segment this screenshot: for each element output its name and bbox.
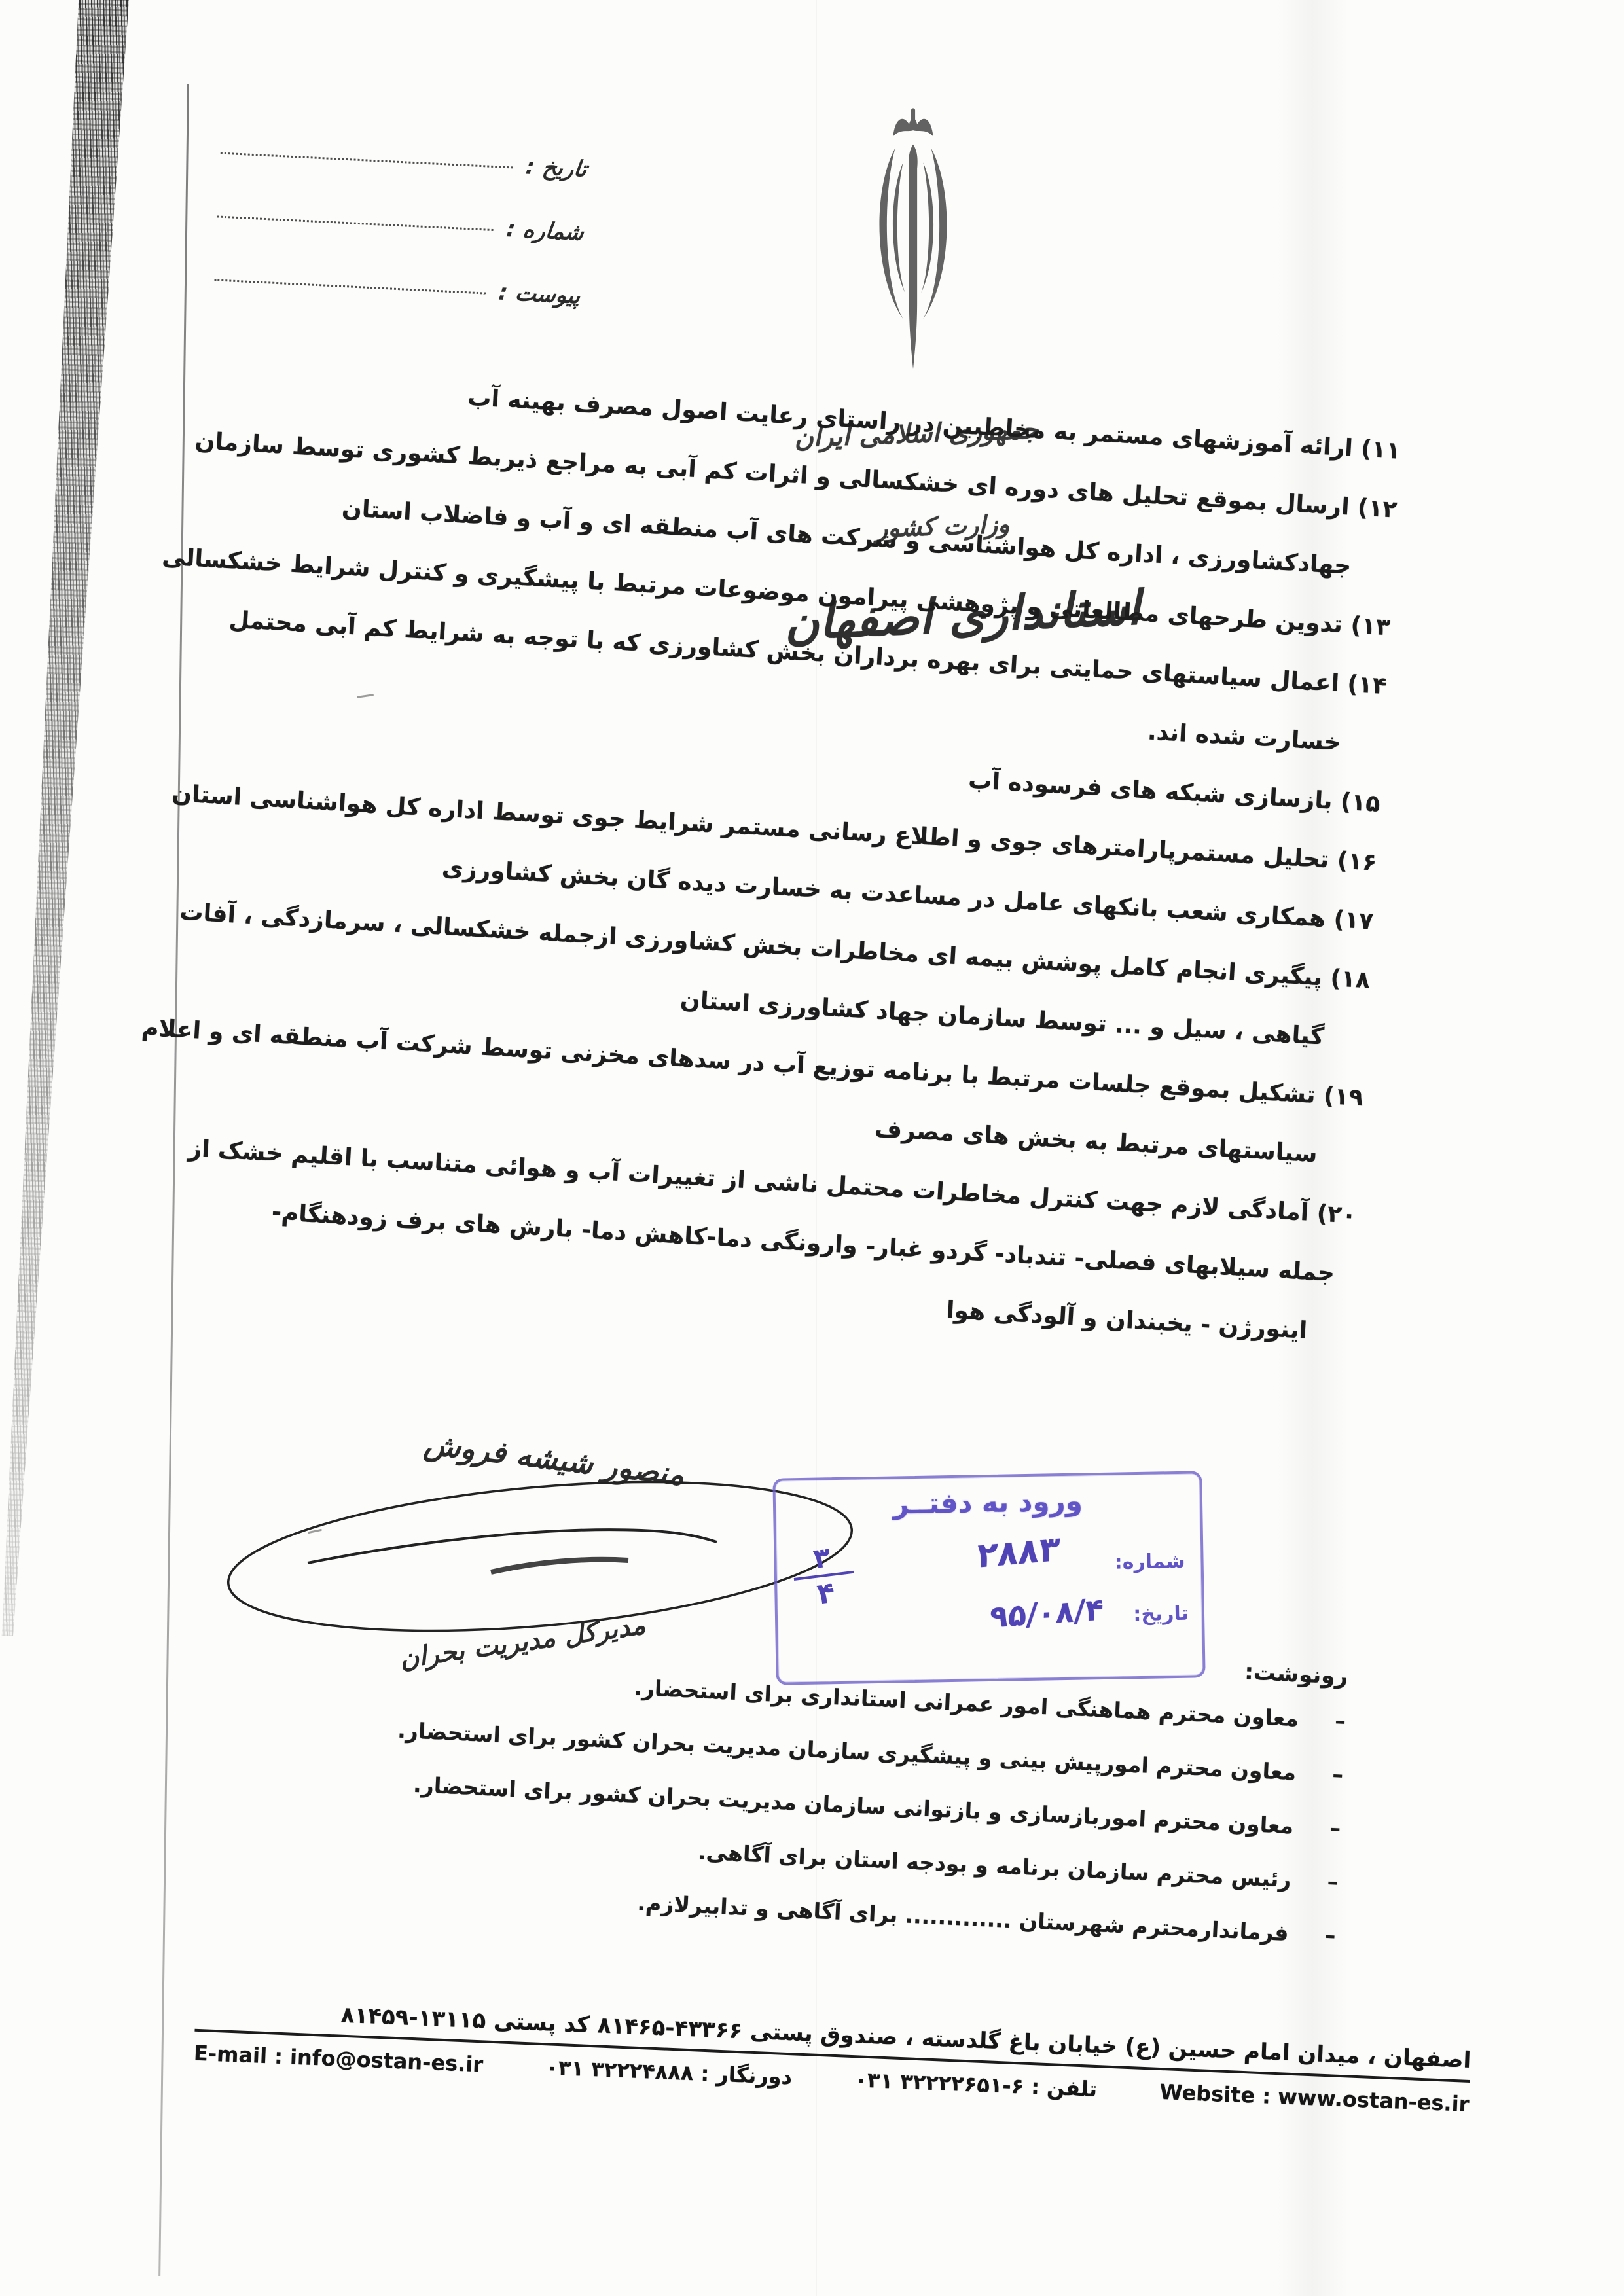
footer-fax: دورنگار : ۳۲۲۲۴۸۸۸ ۰۳۱ <box>545 2054 793 2089</box>
dash-bullet: – <box>1314 1868 1339 1895</box>
stamp-fraction-denominator: ۴ <box>794 1573 858 1615</box>
number-label: شماره : <box>505 216 585 246</box>
date-label: تاریخ : <box>524 153 588 182</box>
date-blank-line <box>221 152 513 169</box>
letter-body: ۱۱) ارائه آموزشهای مستمر به مخاطبین در ر… <box>158 353 1402 1363</box>
stamp-fraction: ۳ ۴ <box>790 1539 858 1615</box>
cc-item-text: معاون محترم هماهنگی امور عمرانی استاندار… <box>634 1675 1299 1732</box>
iran-emblem-icon <box>853 80 973 414</box>
dash-bullet: – <box>1322 1707 1346 1734</box>
stamp-date-value: ۹۵/۰۸/۴ <box>989 1591 1104 1634</box>
scan-smudge-band <box>0 0 135 1636</box>
footer-phone: تلفن : ۶-۳۲۲۲۲۶۵۱ ۰۳۱ <box>854 2067 1098 2102</box>
footer-email: E-mail : info@ostan-es.ir <box>193 2041 484 2077</box>
letter-meta-fields: تاریخ : شماره : پیوست : <box>213 101 589 310</box>
attachment-blank-line <box>214 279 486 294</box>
stamp-number-value: ۲۸۸۳ <box>976 1529 1061 1576</box>
dash-bullet: – <box>1312 1922 1337 1948</box>
signature-stroke <box>308 1530 717 1563</box>
signature-stroke <box>491 1560 628 1572</box>
number-blank-line <box>217 215 493 231</box>
stamp-number-label: شماره: <box>1114 1550 1185 1574</box>
attachment-label: پیوست : <box>497 279 582 310</box>
cc-section: رونوشت: – معاون محترم هماهنگی امور عمران… <box>222 1611 1348 1977</box>
scanned-letter-page: تاریخ : شماره : پیوست : جمهوری اسلامی ای… <box>0 0 1624 2296</box>
stamp-date-label: تاریخ: <box>1133 1602 1189 1626</box>
stamp-title: ورود به دفتــر <box>776 1482 1200 1522</box>
dash-bullet: – <box>1316 1814 1341 1841</box>
dash-bullet: – <box>1319 1761 1344 1787</box>
